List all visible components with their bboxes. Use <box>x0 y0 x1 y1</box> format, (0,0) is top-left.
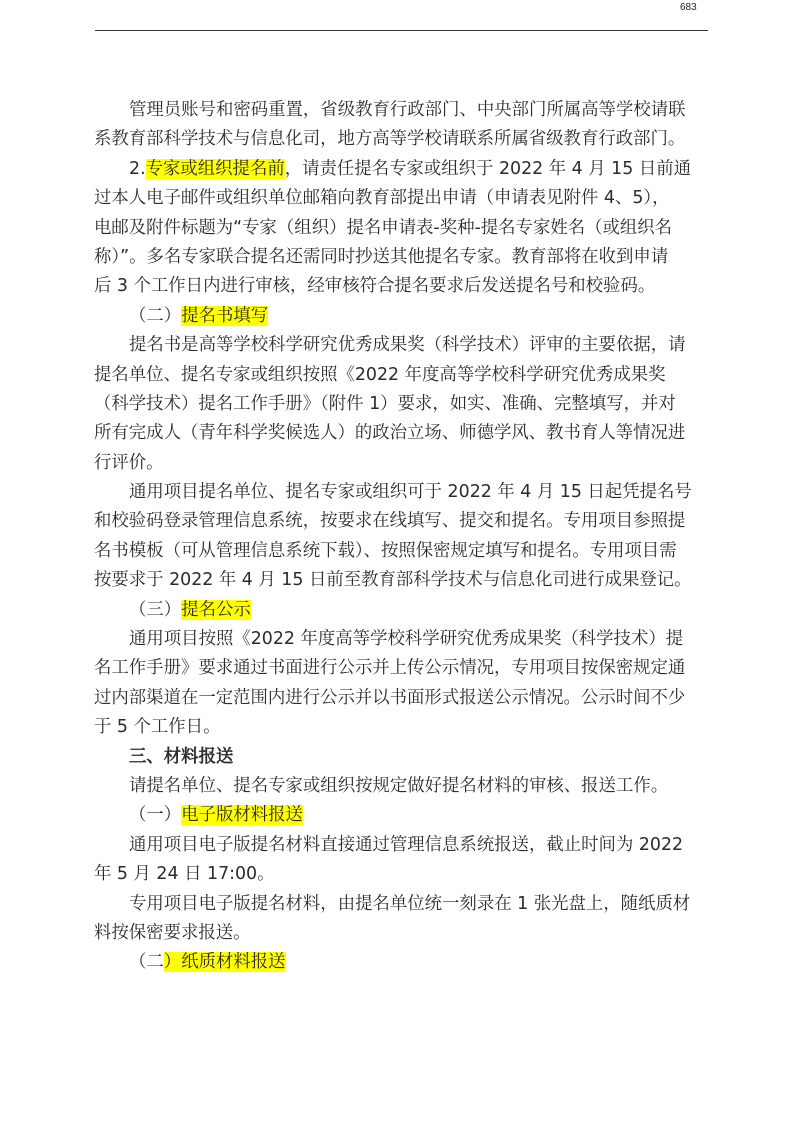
heading-text: 三、材料报送 <box>129 747 233 767</box>
paragraph-line: 于 5 个工作日。 <box>94 713 714 742</box>
paragraph-line: 所有完成人（青年科学奖候选人）的政治立场、师德学风、教书育人等情况进 <box>94 419 714 448</box>
line-text: 提名单位、提名专家或组织按照《2022 年度高等学校科学研究优秀成果奖 <box>94 365 666 385</box>
paragraph-line: 通用项目按照《2022 年度高等学校科学研究优秀成果奖（科学技术）提 <box>94 625 714 654</box>
highlighted-text: 专家或组织提名前 <box>146 159 285 179</box>
paragraph-line: 系教育部科学技术与信息化司，地方高等学校请联系所属省级教育行政部门。 <box>94 125 714 154</box>
paragraph-line: 按要求于 2022 年 4 月 15 日前至教育部科学技术与信息化司进行成果登记… <box>94 566 714 595</box>
subheading-paper-submission: （二）纸质材料报送 <box>94 948 714 977</box>
paragraph-line: 和校验码登录管理信息系统，按要求在线填写、提交和提名。专用项目参照提 <box>94 507 714 536</box>
subheading-number: （一） <box>129 805 181 825</box>
line-text: （科学技术）提名工作手册》（附件 1）要求，如实、准确、完整填写，并对 <box>94 394 676 414</box>
line-text: 和校验码登录管理信息系统，按要求在线填写、提交和提名。专用项目参照提 <box>94 511 685 531</box>
line-text: 后 3 个工作日内进行审核，经审核符合提名要求后发送提名号和校验码。 <box>94 276 655 296</box>
line-text: 于 5 个工作日。 <box>94 717 220 737</box>
section-heading-material-submission: 三、材料报送 <box>94 743 714 772</box>
line-text: 料按保密要求报送。 <box>94 923 251 943</box>
paragraph-line: 提名单位、提名专家或组织按照《2022 年度高等学校科学研究优秀成果奖 <box>94 361 714 390</box>
line-text: 过本人电子邮件或组织单位邮箱向教育部提出申请（申请表见附件 4、5）， <box>94 188 669 208</box>
subheading-electronic-submission: （一）电子版材料报送 <box>94 801 714 830</box>
line-text: 管理员账号和密码重置，省级教育行政部门、中央部门所属高等学校请联 <box>129 100 686 120</box>
paragraph-line: 料按保密要求报送。 <box>94 919 714 948</box>
highlighted-text: 提名公示 <box>181 600 251 620</box>
paragraph-line: 管理员账号和密码重置，省级教育行政部门、中央部门所属高等学校请联 <box>94 96 714 125</box>
line-text: 通用项目按照《2022 年度高等学校科学研究优秀成果奖（科学技术）提 <box>129 629 683 649</box>
paragraph-line: 通用项目提名单位、提名专家或组织可于 2022 年 4 月 15 日起凭提名号 <box>94 478 714 507</box>
paragraph-line: 过内部渠道在一定范围内进行公示并以书面形式报送公示情况。公示时间不少 <box>94 684 714 713</box>
paragraph-line: 专用项目电子版提名材料，由提名单位统一刻录在 1 张光盘上，随纸质材 <box>94 890 714 919</box>
highlighted-text: ）纸质材料报送 <box>164 952 286 972</box>
paragraph-line: 后 3 个工作日内进行审核，经审核符合提名要求后发送提名号和校验码。 <box>94 272 714 301</box>
line-text: 所有完成人（青年科学奖候选人）的政治立场、师德学风、教书育人等情况进 <box>94 423 685 443</box>
line-text: 称）”。多名专家联合提名还需同时抄送其他提名专家。教育部将在收到申请 <box>94 247 668 267</box>
page-number: 683 <box>680 2 697 13</box>
line-text: 通用项目电子版提名材料直接通过管理信息系统报送，截止时间为 2022 <box>129 835 683 855</box>
document-body: 管理员账号和密码重置，省级教育行政部门、中央部门所属高等学校请联 系教育部科学技… <box>94 96 714 978</box>
line-text: 专用项目电子版提名材料，由提名单位统一刻录在 1 张光盘上，随纸质材 <box>129 894 690 914</box>
header-divider <box>95 30 708 31</box>
highlighted-text: 电子版材料报送 <box>181 805 303 825</box>
paragraph-line: 通用项目电子版提名材料直接通过管理信息系统报送，截止时间为 2022 <box>94 831 714 860</box>
line-text: 请提名单位、提名专家或组织按规定做好提名材料的审核、报送工作。 <box>129 776 668 796</box>
line-text: 名工作手册》要求通过书面进行公示并上传公示情况，专用项目按保密规定通 <box>94 658 685 678</box>
paragraph-line: 行评价。 <box>94 449 714 478</box>
paragraph-line: 电邮及附件标题为“专家（组织）提名申请表-奖种-提名专家姓名（或组织名 <box>94 214 714 243</box>
subheading-number: （二） <box>129 306 181 326</box>
subheading-nomination-publicity: （三）提名公示 <box>94 596 714 625</box>
item-number: 2. <box>129 159 146 179</box>
paragraph-line: 名工作手册》要求通过书面进行公示并上传公示情况，专用项目按保密规定通 <box>94 654 714 683</box>
highlighted-text: 提名书填写 <box>181 306 268 326</box>
paragraph-line: 请提名单位、提名专家或组织按规定做好提名材料的审核、报送工作。 <box>94 772 714 801</box>
paragraph-line: 称）”。多名专家联合提名还需同时抄送其他提名专家。教育部将在收到申请 <box>94 243 714 272</box>
line-text: 行评价。 <box>94 453 164 473</box>
line-text: 系教育部科学技术与信息化司，地方高等学校请联系所属省级教育行政部门。 <box>94 129 685 149</box>
line-text: ，请责任提名专家或组织于 2022 年 4 月 15 日前通 <box>285 159 691 179</box>
subheading-number: （二 <box>129 952 164 972</box>
subheading-number: （三） <box>129 600 181 620</box>
line-text: 过内部渠道在一定范围内进行公示并以书面形式报送公示情况。公示时间不少 <box>94 688 685 708</box>
paragraph-line: 名书模板（可从管理信息系统下载）、按照保密规定填写和提名。专用项目需 <box>94 537 714 566</box>
subheading-nomination-form: （二）提名书填写 <box>94 302 714 331</box>
numbered-item-line: 2.专家或组织提名前，请责任提名专家或组织于 2022 年 4 月 15 日前通 <box>94 155 714 184</box>
paragraph-line: 提名书是高等学校科学研究优秀成果奖（科学技术）评审的主要依据，请 <box>94 331 714 360</box>
paragraph-line: （科学技术）提名工作手册》（附件 1）要求，如实、准确、完整填写，并对 <box>94 390 714 419</box>
line-text: 年 5 月 24 日 17:00。 <box>94 864 275 884</box>
paragraph-line: 年 5 月 24 日 17:00。 <box>94 860 714 889</box>
paragraph-line: 过本人电子邮件或组织单位邮箱向教育部提出申请（申请表见附件 4、5）， <box>94 184 714 213</box>
line-text: 提名书是高等学校科学研究优秀成果奖（科学技术）评审的主要依据，请 <box>129 335 686 355</box>
line-text: 通用项目提名单位、提名专家或组织可于 2022 年 4 月 15 日起凭提名号 <box>129 482 692 502</box>
line-text: 名书模板（可从管理信息系统下载）、按照保密规定填写和提名。专用项目需 <box>94 541 677 561</box>
line-text: 按要求于 2022 年 4 月 15 日前至教育部科学技术与信息化司进行成果登记… <box>94 570 692 590</box>
line-text: 电邮及附件标题为“专家（组织）提名申请表-奖种-提名专家姓名（或组织名 <box>94 218 672 238</box>
